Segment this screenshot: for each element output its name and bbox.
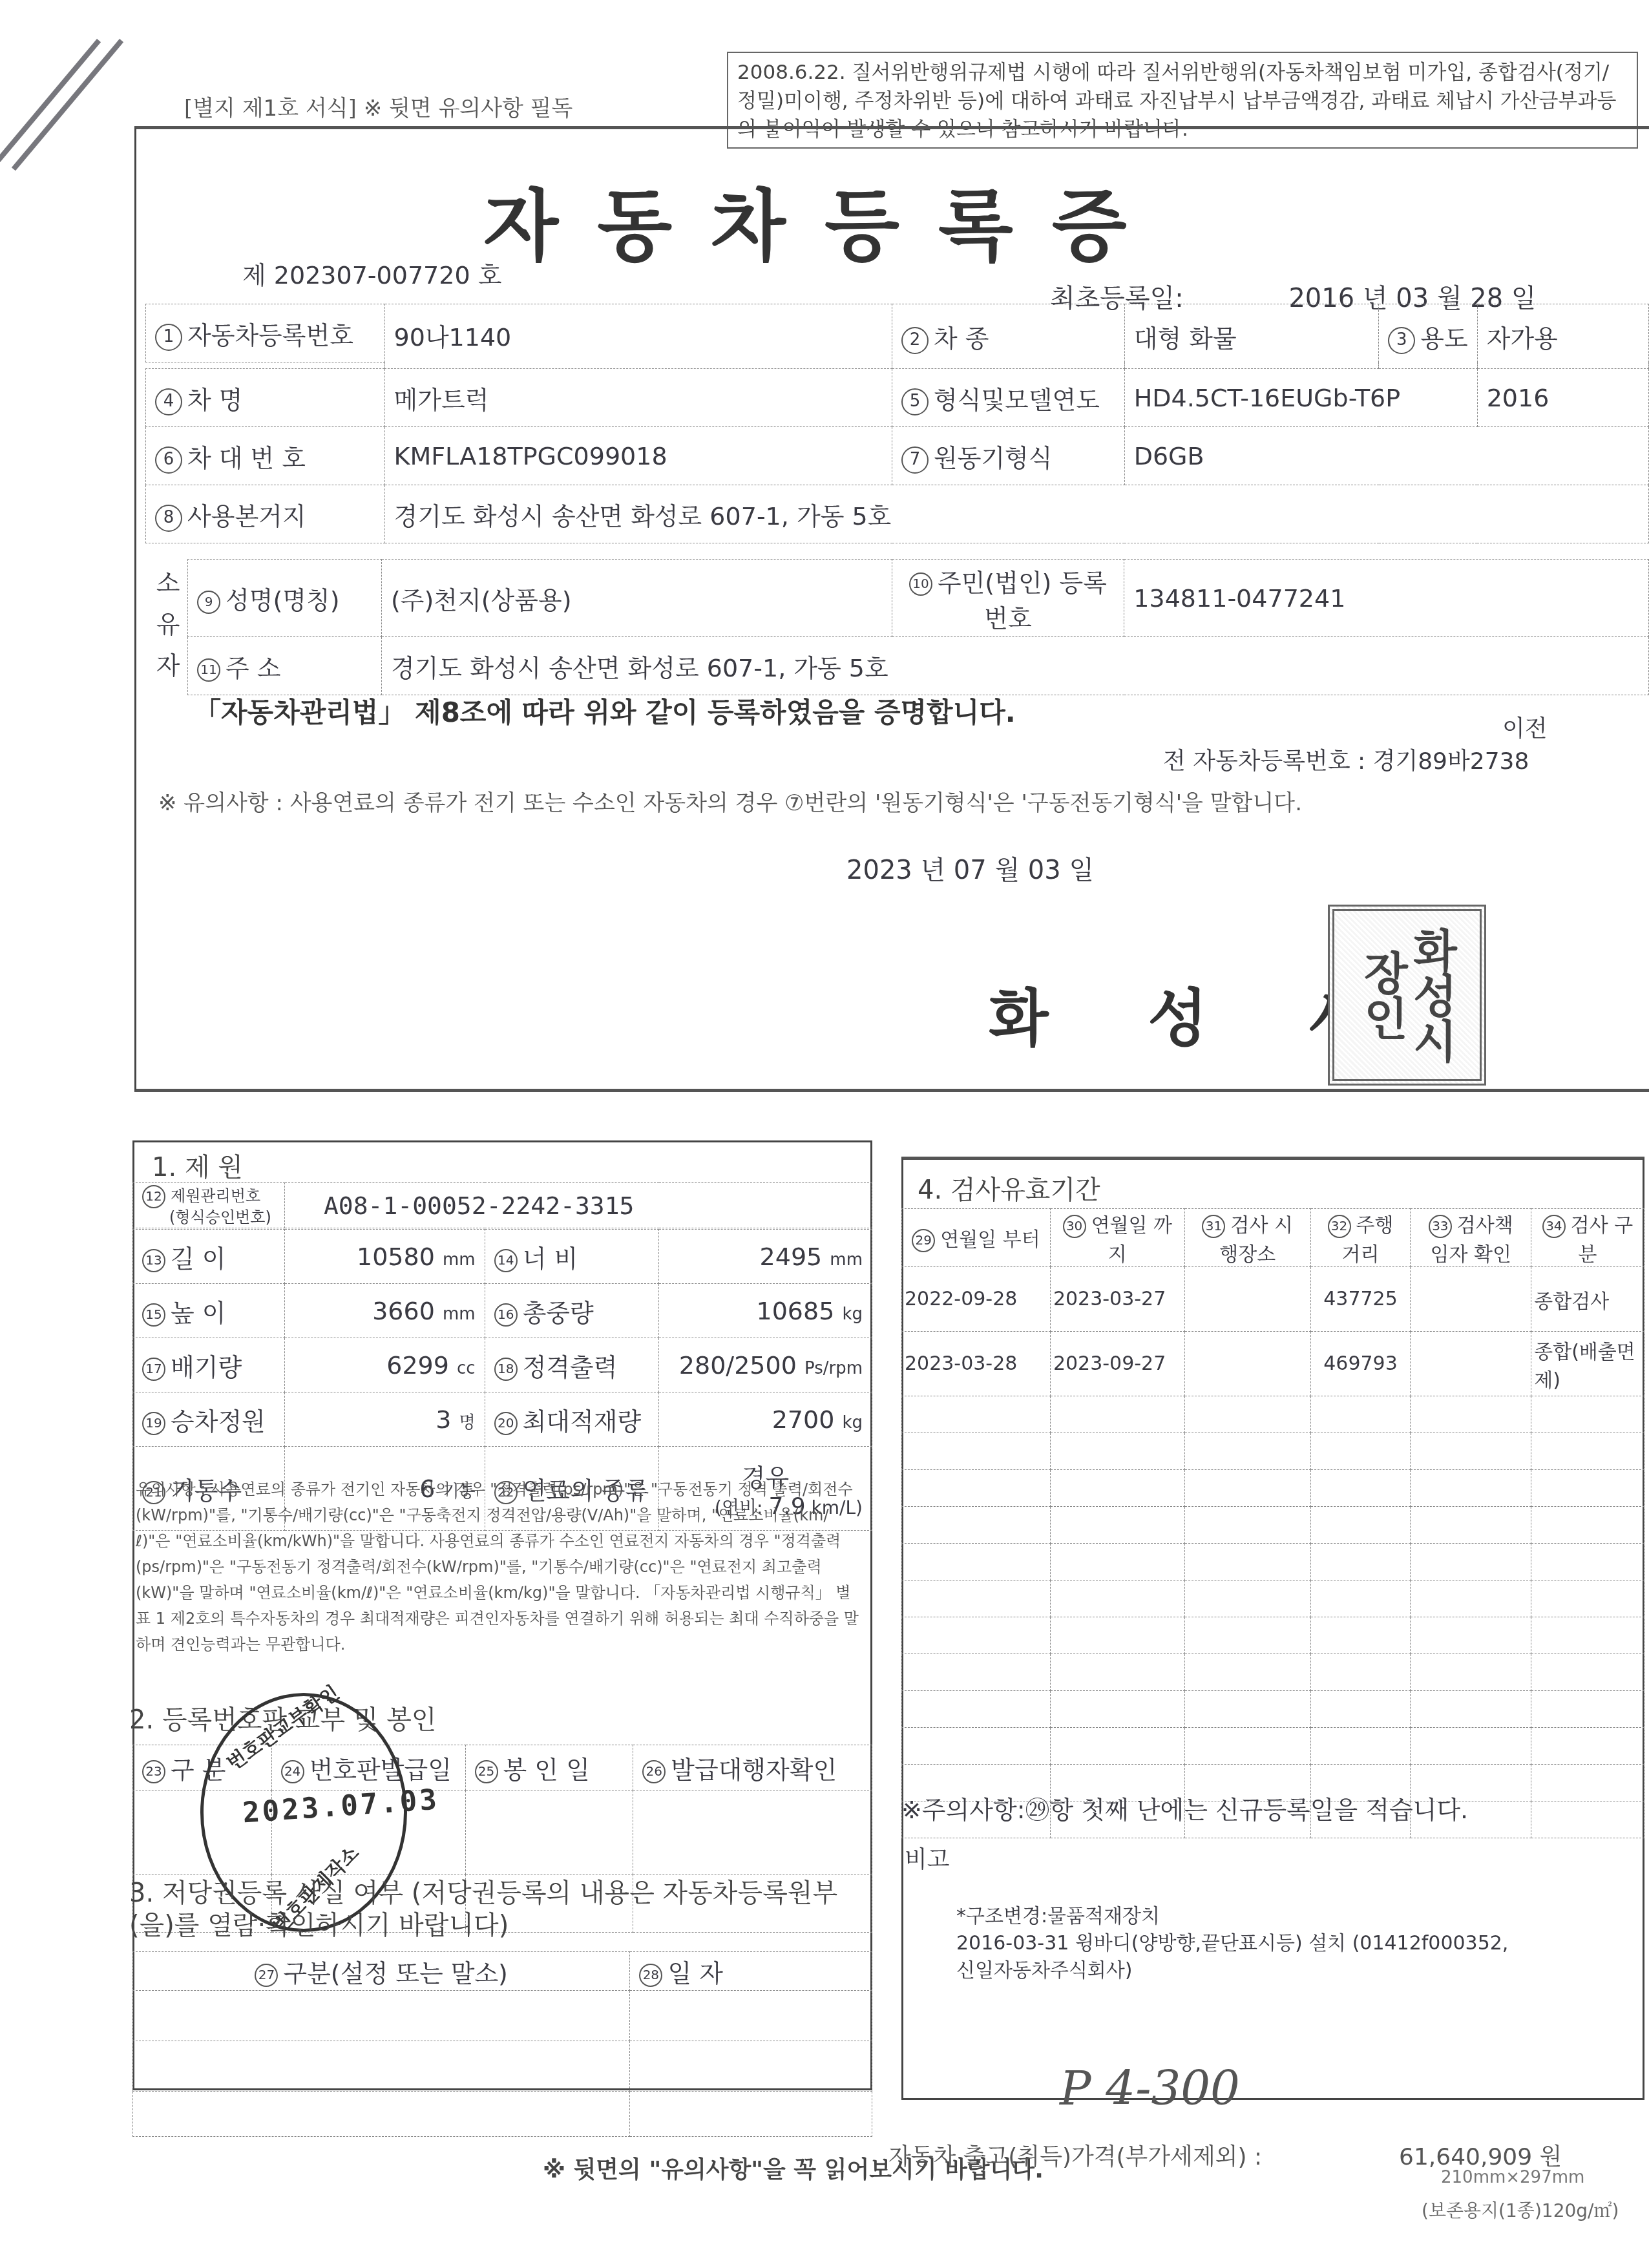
remark-line: 신일자동차주식회사) [956, 1957, 1508, 1984]
base-location-value: 경기도 화성시 송산면 화성로 607-1, 가동 5호 [384, 485, 1648, 543]
row-vehicle-name: 4차 명 메가트럭 5형식및모델연도 HD4.5CT-16EUGb-T6P 20… [146, 369, 1649, 427]
base-location-label: 8사용본거지 [146, 485, 385, 543]
row-vin: 6차 대 번 호 KMFLA18TPGC099018 7원동기형식 D6GB [146, 427, 1649, 485]
price-label: 자동차 출고(취득)가격(부가세제외) : [888, 2139, 1262, 2172]
inspection-empty-row [902, 1433, 1644, 1470]
inspection-cell-mileage: 469793 [1310, 1332, 1411, 1396]
owner-section-label: 소유자 [155, 562, 181, 686]
inspection-empty-row [902, 1691, 1644, 1728]
mgmt-no-value: A08-1-00052-2242-3315 [284, 1183, 872, 1228]
inspection-cell-to: 2023-03-27 [1050, 1267, 1184, 1332]
document-number: 제 202307-007720 호 [242, 255, 501, 291]
mortgage-table: 27구분(설정 또는 말소) 28일 자 [132, 1951, 872, 2137]
inspection-cell-type: 종합검사 [1531, 1267, 1644, 1332]
remarks-text: *구조변경:물품적재장치2016-03-31 윙바디(양방향,끝단표시등) 설치… [956, 1903, 1508, 1984]
vehicle-type-value: 대형 화물 [1124, 304, 1379, 369]
inspection-cell-place [1184, 1267, 1310, 1332]
owner-id-value: 134811-0477241 [1124, 560, 1649, 637]
mortgage-header-row: 27구분(설정 또는 말소) 28일 자 [133, 1952, 872, 1991]
model-label: 5형식및모델연도 [892, 369, 1125, 427]
spec-value: 280/2500 Ps/rpm [659, 1338, 872, 1392]
vehicle-name-value: 메가트럭 [384, 369, 892, 427]
specs-table: 12제원관리번호(형식승인번호) A08-1-00052-2242-3315 [132, 1182, 872, 1228]
inspection-caution: ※주의사항:㉙항 첫째 난에는 신규등록일을 적습니다. [901, 1790, 1468, 1825]
mortgage-type-header: 27구분(설정 또는 말소) [133, 1952, 630, 1991]
decorative-slash [0, 39, 101, 171]
owner-name-label: 9성명(명칭) [188, 560, 382, 637]
spec-label: 18정격출력 [485, 1338, 658, 1392]
vin-label: 6차 대 번 호 [146, 427, 385, 485]
decorative-slash [12, 39, 123, 171]
inspection-empty-row [902, 1470, 1644, 1507]
mortgage-date-header: 28일 자 [630, 1952, 872, 1991]
mortgage-title: 3. 저당권등록 사실 여부 (저당권등록의 내용은 자동차등록원부(을)를 열… [129, 1877, 859, 1942]
previous-registration: 전 자동차등록번호 : 경기89바2738 [1163, 743, 1529, 776]
inspection-empty-row [902, 1580, 1644, 1617]
model-year-value: 2016 [1477, 369, 1648, 427]
paper-size: 210mm×297mm [1441, 2168, 1584, 2187]
inspection-title: 4. 검사유효기간 [918, 1170, 1100, 1206]
engine-type-value: D6GB [1124, 427, 1648, 485]
spec-label: 15높 이 [133, 1284, 285, 1338]
spec-label: 17배기량 [133, 1338, 285, 1392]
official-seal: 화성시장인 [1328, 905, 1486, 1086]
issue-date: 2023 년 07 월 03 일 [846, 850, 1094, 887]
inspection-empty-row [902, 1654, 1644, 1691]
spec-label: 20최대적재량 [485, 1392, 658, 1447]
spec-label: 16총중량 [485, 1284, 658, 1338]
mgmt-no-label: 12제원관리번호(형식승인번호) [133, 1183, 285, 1228]
remark-line: 2016-03-31 윙바디(양방향,끝단표시등) 설치 (01412f0003… [956, 1930, 1508, 1957]
inspection-cell-type: 종합(배출면제) [1531, 1332, 1644, 1396]
specs-notes: 유의사항 : 사용연료의 종류가 전기인 자동차의 경우 "정격출력(ps/rp… [136, 1476, 859, 1657]
price-value: 61,640,909 원 [1399, 2139, 1562, 2172]
usage-value: 자가용 [1477, 304, 1648, 369]
spec-value: 10685 kg [659, 1284, 872, 1338]
spec-label: 19승차정원 [133, 1392, 285, 1447]
row-owner-name: 9성명(명칭) (주)천지(상품용) 10주민(법인) 등록번호 134811-… [188, 560, 1649, 637]
inspection-cell-inspector [1411, 1332, 1531, 1396]
spec-label: 13길 이 [133, 1230, 285, 1284]
spec-row: 17배기량6299 cc18정격출력280/2500 Ps/rpm [133, 1338, 872, 1392]
owner-name-value: (주)천지(상품용) [381, 560, 892, 637]
remark-line: *구조변경:물품적재장치 [956, 1903, 1508, 1930]
inspection-row: 2023-03-282023-09-27469793종합(배출면제) [902, 1332, 1644, 1396]
vin-value: KMFLA18TPGC099018 [384, 427, 892, 485]
inspection-empty-row [902, 1544, 1644, 1580]
spec-row: 13길 이10580 mm14너 비2495 mm [133, 1230, 872, 1284]
inspection-header-cell: 29연월일 부터 [902, 1209, 1051, 1267]
spec-value: 6299 cc [284, 1338, 485, 1392]
owner-address-label: 11주 소 [188, 637, 382, 695]
caution-note: ※ 유의사항 : 사용연료의 종류가 전기 또는 수소인 자동차의 경우 ⑦번란… [158, 785, 1302, 817]
inspection-cell-to: 2023-09-27 [1050, 1332, 1184, 1396]
specs-title: 1. 제 원 [152, 1147, 243, 1184]
row-owner-address: 11주 소 경기도 화성시 송산면 화성로 607-1, 가동 5호 [188, 637, 1649, 695]
certification-statement: 「자동차관리법」 제8조에 따라 위와 같이 등록하였음을 증명합니다. [194, 691, 1016, 730]
inspection-empty-row [902, 1507, 1644, 1544]
spec-label: 14너 비 [485, 1230, 658, 1284]
reg-number-label: 1자동차등록번호 [146, 304, 385, 362]
inspection-cell-place [1184, 1332, 1310, 1396]
row-base-location: 8사용본거지 경기도 화성시 송산면 화성로 607-1, 가동 5호 [146, 485, 1649, 543]
spec-value: 10580 mm [284, 1230, 485, 1284]
spec-row: 15높 이3660 mm16총중량10685 kg [133, 1284, 872, 1338]
inspection-header-cell: 30연월일 까지 [1050, 1209, 1184, 1267]
inspection-cell-from: 2022-09-28 [902, 1267, 1051, 1332]
plate-header-cell: 25봉 인 일 [465, 1745, 633, 1790]
inspection-header-cell: 34검사 구분 [1531, 1209, 1644, 1267]
vehicle-name-label: 4차 명 [146, 369, 385, 427]
inspection-header-row: 29연월일 부터30연월일 까지31검사 시행장소32주행 거리33검사책임자 … [902, 1209, 1644, 1267]
spec-value: 3 명 [284, 1392, 485, 1447]
remarks-label: 비고 [905, 1842, 950, 1874]
spec-value: 2700 kg [659, 1392, 872, 1447]
inspection-row: 2022-09-282023-03-27437725종합검사 [902, 1267, 1644, 1332]
reg-number-value: 90나1140 [384, 304, 892, 369]
inspection-empty-row [902, 1617, 1644, 1654]
model-value: HD4.5CT-16EUGb-T6P [1124, 369, 1477, 427]
spec-value: 2495 mm [659, 1230, 872, 1284]
vehicle-type-label: 2차 종 [892, 304, 1125, 369]
plate-header-cell: 26발급대행자확인 [633, 1745, 872, 1790]
engine-type-label: 7원동기형식 [892, 427, 1125, 485]
inspection-header-cell: 32주행 거리 [1310, 1209, 1411, 1267]
row-mgmt-no: 12제원관리번호(형식승인번호) A08-1-00052-2242-3315 [133, 1183, 872, 1228]
handwritten-note: P 4-300 [1060, 2061, 1240, 2116]
inspection-empty-row [902, 1396, 1644, 1433]
owner-id-label: 10주민(법인) 등록번호 [892, 560, 1124, 637]
spec-value: 3660 mm [284, 1284, 485, 1338]
inspection-header-cell: 33검사책임자 확인 [1411, 1209, 1531, 1267]
paper-type: (보존용지(1종)120g/㎡) [1422, 2197, 1619, 2223]
inspection-cell-from: 2023-03-28 [902, 1332, 1051, 1396]
spec-row: 19승차정원3 명20최대적재량2700 kg [133, 1392, 872, 1447]
inspection-cell-inspector [1411, 1267, 1531, 1332]
row-reg-number: 1자동차등록번호 90나1140 2차 종 대형 화물 3용도 자가용 [146, 304, 1649, 362]
previous-label: 이전 [1502, 711, 1548, 744]
inspection-table: 29연월일 부터30연월일 까지31검사 시행장소32주행 거리33검사책임자 … [901, 1208, 1644, 1838]
inspection-header-cell: 31검사 시행장소 [1184, 1209, 1310, 1267]
owner-table: 9성명(명칭) (주)천지(상품용) 10주민(법인) 등록번호 134811-… [187, 559, 1649, 695]
owner-address-value: 경기도 화성시 송산면 화성로 607-1, 가동 5호 [381, 637, 1648, 695]
inspection-cell-mileage: 437725 [1310, 1267, 1411, 1332]
registration-table: 1자동차등록번호 90나1140 2차 종 대형 화물 3용도 자가용 4차 명… [145, 304, 1649, 543]
form-number: [별지 제1호 서식] ※ 뒷면 유의사항 필독 [184, 90, 572, 122]
inspection-empty-row [902, 1728, 1644, 1765]
usage-label: 3용도 [1379, 304, 1477, 369]
